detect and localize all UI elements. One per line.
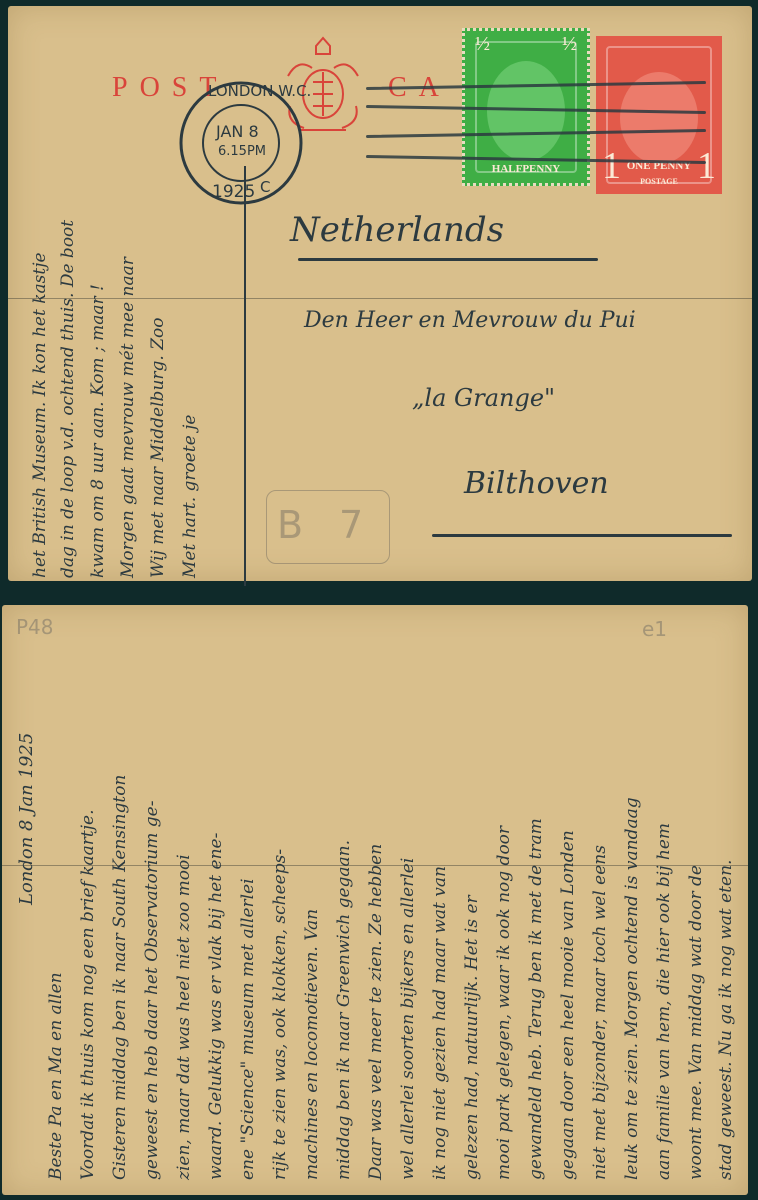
letter-line: wel allerlei soorten bijkers en allerlei (398, 858, 418, 1180)
pencil-note: P48 (16, 615, 54, 639)
letter-line: niet met bijzonder, maar toch wel eens (590, 845, 610, 1180)
letter-line: leuk om te zien. Morgen ochtend is vanda… (622, 797, 642, 1180)
letter-line: woont mee. Van middag wat door de (686, 865, 706, 1180)
letter-line: machines en locomotieven. Van (302, 909, 322, 1180)
handstamp-box: B 7 (266, 490, 390, 564)
country-underline (298, 258, 598, 261)
letter-line: rijk te zien was, ook klokken, scheeps- (270, 849, 290, 1180)
letter-line: aan familie van hem, die hier ook bij he… (654, 823, 674, 1180)
letter-line: ik nog niet gezien had maar wat van (430, 866, 450, 1180)
address-house: „la Grange" (412, 384, 555, 412)
letter-line: gewandeld heb. Terug ben ik met de tram (526, 818, 546, 1180)
letter-line: stad geweest. Nu ga ik nog wat eten. (716, 860, 736, 1180)
postmark-time: 6.15PM (218, 144, 266, 159)
pencil-note: e1 (642, 617, 667, 641)
address-divider (244, 166, 246, 586)
postcard-back: P48 e1 London 8 Jan 1925 Beste Pa en Ma … (2, 605, 748, 1195)
letter-line: Voordat ik thuis kom nog een brief kaart… (78, 810, 98, 1180)
postmark-date: JAN 8 (216, 122, 259, 141)
letter-line: middag ben ik naar Greenwich gegaan. (334, 840, 354, 1180)
letter-line: Daar was veel meer te zien. Ze hebben (366, 844, 386, 1180)
letter-line: geweest en heb daar het Observatorium ge… (142, 801, 162, 1180)
letter-line: waard. Gelukkig was er vlak bij het ene- (206, 833, 226, 1180)
letter-line: gelezen had, natuurlijk. Het is er (462, 895, 482, 1180)
side-line: dag in de loop v.d. ochtend thuis. De bo… (58, 220, 78, 578)
postmark-code: C (260, 178, 270, 196)
side-line: Morgen gaat mevrouw mét mee naar (118, 257, 138, 578)
king-portrait-icon (620, 72, 698, 164)
letter-line: ene "Science" museum met allerlei (238, 878, 258, 1180)
letter-line: Beste Pa en Ma en allen (46, 972, 66, 1180)
side-line: Met hart. groete je (180, 415, 200, 578)
postcard-front: het British Museum. Ik kon het kastje da… (8, 6, 752, 581)
side-line: kwam om 8 uur aan. Kom ; maar ! (88, 284, 108, 578)
letter-line: gegaan door een heel mooie van Londen (558, 830, 578, 1180)
address-recipient: Den Heer en Mevrouw du Pui (304, 308, 636, 333)
address-country: Netherlands (290, 210, 504, 250)
postmark-year: 1925 (212, 182, 255, 202)
letter-date: London 8 Jan 1925 (16, 733, 37, 905)
stamp-label: HALFPENNY (465, 163, 587, 175)
letter-line: mooi park gelegen, waar ik ook nog door (494, 826, 514, 1180)
town-underline (432, 534, 732, 537)
letter-line: zien, maar dat was heel niet zoo mooi (174, 854, 194, 1180)
side-line: Wij met naar Middelburg. Zoo (148, 318, 168, 579)
letter-line: Gisteren middag ben ik naar South Kensin… (110, 775, 130, 1180)
side-line: het British Museum. Ik kon het kastje (30, 252, 50, 578)
one-penny-stamp: 1 1 ONE PENNY POSTAGE (596, 36, 722, 194)
address-town: Bilthoven (464, 466, 609, 501)
